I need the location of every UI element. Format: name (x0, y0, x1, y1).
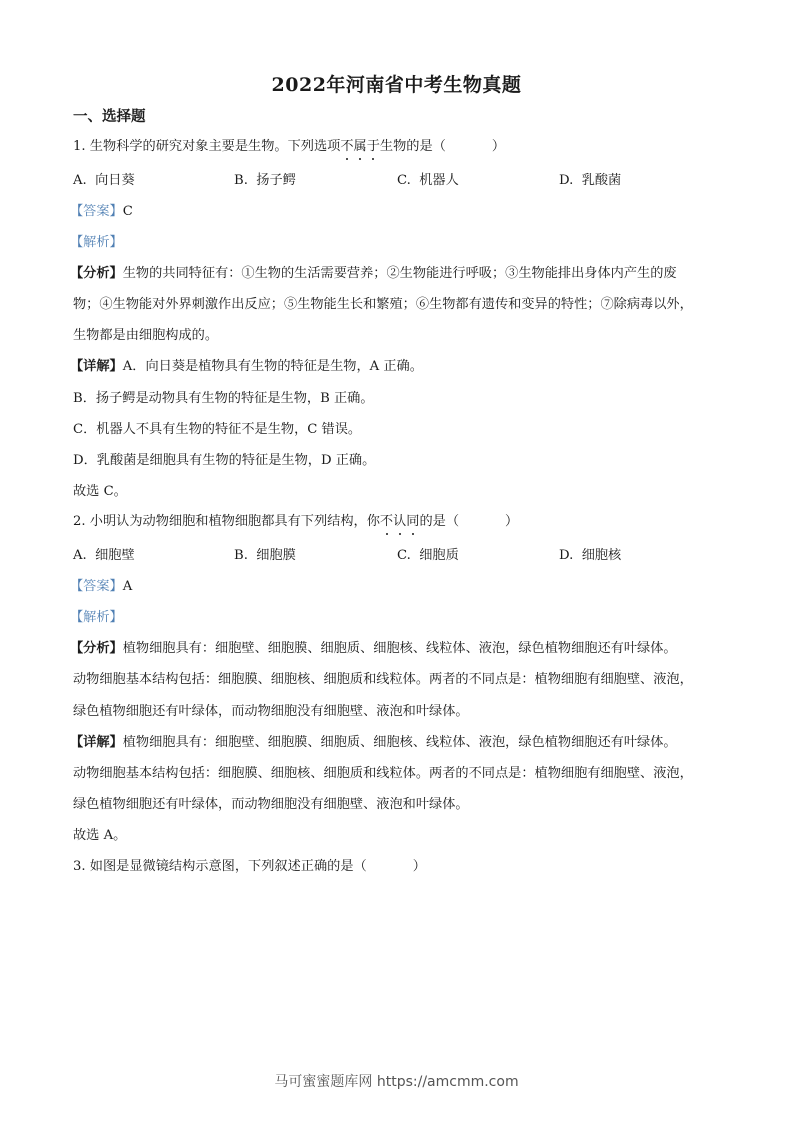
detail-line: 【详解】A．向日葵是植物具有生物的特征是生物，A 正确。 (70, 358, 423, 376)
stem-text: 生物的是（ (380, 139, 446, 154)
emphasis-char: 不 (340, 138, 353, 156)
answer-value: C (123, 204, 133, 219)
question-number: 2. (73, 514, 86, 529)
option-b: B. 扬子鳄 (234, 172, 296, 190)
fenxi-label: 【分析】 (70, 266, 123, 281)
conclusion-line: 故选 A。 (73, 827, 126, 845)
analysis-line: 【分析】植物细胞具有：细胞壁、细胞膜、细胞质、细胞核、线粒体、液泡，绿色植物细胞… (70, 640, 677, 658)
jiexi-label: 【解析】 (70, 609, 123, 627)
option-d: D. 乳酸菌 (559, 172, 621, 190)
emphasis-char: 认 (393, 513, 406, 531)
page-title: 2022年河南省中考生物真题 (0, 70, 793, 97)
xiangjie-label: 【详解】 (70, 359, 123, 374)
option-c: C. 细胞质 (397, 547, 459, 565)
emphasis-char: 于 (367, 138, 380, 156)
question-1-stem: 1. 生物科学的研究对象主要是生物。下列选项不属于生物的是（） (73, 138, 505, 156)
analysis-line: 【分析】生物的共同特征有：①生物的生活需要营养；②生物能进行呼吸；③生物能排出身… (70, 265, 677, 283)
section-heading: 一、选择题 (73, 108, 146, 126)
conclusion-line: 故选 C。 (73, 483, 127, 501)
detail-line: C．机器人不具有生物的特征不是生物，C 错误。 (73, 421, 361, 439)
detail-line: D．乳酸菌是细胞具有生物的特征是生物，D 正确。 (73, 452, 375, 470)
analysis-line: 动物细胞基本结构包括：细胞膜、细胞核、细胞质和线粒体。两者的不同点是：植物细胞有… (73, 671, 693, 689)
question-2-stem: 2. 小明认为动物细胞和植物细胞都具有下列结构，你不认同的是（） (73, 513, 518, 531)
analysis-line: 绿色植物细胞还有叶绿体，而动物细胞没有细胞壁、液泡和叶绿体。 (73, 703, 469, 721)
question-3-stem: 3. 如图是显微镜结构示意图，下列叙述正确的是（） (73, 858, 426, 876)
document-page: 2022年河南省中考生物真题 一、选择题 1. 生物科学的研究对象主要是生物。下… (0, 0, 793, 1122)
fenxi-label: 【分析】 (70, 641, 123, 656)
answer-line: 【答案】C (70, 203, 133, 221)
stem-text: 如图是显微镜结构示意图，下列叙述正确的是（ (90, 859, 367, 874)
stem-text: 的是（ (419, 514, 459, 529)
stem-text: 生物科学的研究对象主要是生物。下列选项 (90, 139, 341, 154)
emphasis-char: 属 (354, 138, 367, 156)
answer-label: 【答案】 (70, 579, 123, 594)
answer-label: 【答案】 (70, 204, 123, 219)
option-d: D. 细胞核 (559, 547, 621, 565)
detail-line: 动物细胞基本结构包括：细胞膜、细胞核、细胞质和线粒体。两者的不同点是：植物细胞有… (73, 765, 693, 783)
detail-line: B．扬子鳄是动物具有生物的特征是生物，B 正确。 (73, 390, 374, 408)
question-number: 1. (73, 139, 86, 154)
answer-value: A (123, 579, 133, 594)
option-b: B. 细胞膜 (234, 547, 296, 565)
analysis-line: 物；④生物能对外界刺激作出反应；⑤生物能生长和繁殖；⑥生物都有遗传和变异的特性；… (73, 296, 693, 314)
xiangjie-label: 【详解】 (70, 735, 123, 750)
footer-watermark: 马可蜜蜜题库网 https://amcmm.com (0, 1071, 793, 1091)
option-a: A. 细胞壁 (73, 547, 135, 565)
analysis-line: 生物都是由细胞构成的。 (73, 327, 218, 345)
emphasis-char: 不 (380, 513, 393, 531)
detail-line: 【详解】植物细胞具有：细胞壁、细胞膜、细胞质、细胞核、线粒体、液泡，绿色植物细胞… (70, 734, 677, 752)
detail-line: 绿色植物细胞还有叶绿体，而动物细胞没有细胞壁、液泡和叶绿体。 (73, 796, 469, 814)
option-a: A. 向日葵 (73, 172, 135, 190)
question-number: 3. (73, 859, 86, 874)
emphasis-char: 同 (406, 513, 419, 531)
option-c: C. 机器人 (397, 172, 459, 190)
stem-text: 小明认为动物细胞和植物细胞都具有下列结构，你 (90, 514, 380, 529)
jiexi-label: 【解析】 (70, 234, 123, 252)
answer-line: 【答案】A (70, 578, 132, 596)
